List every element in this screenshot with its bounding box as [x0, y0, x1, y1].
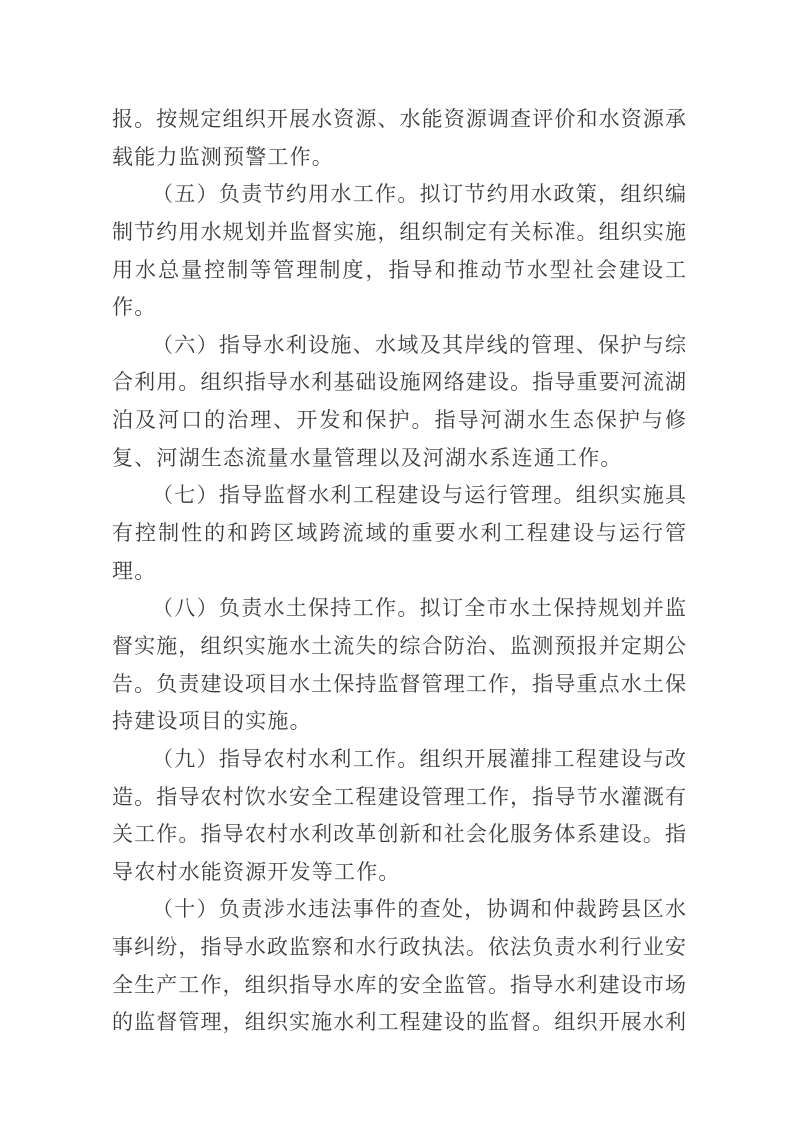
text-line: 复、河湖生态流量水量管理以及河湖水系连通工作。	[112, 440, 686, 478]
text-line: （五）负责节约用水工作。拟订节约用水政策，组织编	[112, 176, 686, 214]
document-page: 报。按规定组织开展水资源、水能资源调查评价和水资源承 载能力监测预警工作。 （五…	[0, 0, 793, 1122]
text-line: 用水总量控制等管理制度，指导和推动节水型社会建设工	[112, 252, 686, 290]
paragraph-10: （十）负责涉水违法事件的查处，协调和仲裁跨县区水 事纠纷，指导水政监察和水行政执…	[112, 891, 686, 1042]
paragraph-9: （九）指导农村水利工作。组织开展灌排工程建设与改 造。指导农村饮水安全工程建设管…	[112, 741, 686, 892]
text-line: （七）指导监督水利工程建设与运行管理。组织实施具	[112, 477, 686, 515]
text-line: （十）负责涉水违法事件的查处，协调和仲裁跨县区水	[112, 891, 686, 929]
text-line: （九）指导农村水利工作。组织开展灌排工程建设与改	[112, 741, 686, 779]
text-line: 合利用。组织指导水利基础设施网络建设。指导重要河流湖	[112, 364, 686, 402]
text-line: 告。负责建设项目水土保持监督管理工作，指导重点水土保	[112, 666, 686, 704]
text-line: 持建设项目的实施。	[112, 703, 686, 741]
text-line: 理。	[112, 553, 686, 591]
text-line: 督实施，组织实施水土流失的综合防治、监测预报并定期公	[112, 628, 686, 666]
text-line: 的监督管理，组织实施水利工程建设的监督。组织开展水利	[112, 1004, 686, 1042]
text-line: （六）指导水利设施、水域及其岸线的管理、保护与综	[112, 327, 686, 365]
paragraph-6: （六）指导水利设施、水域及其岸线的管理、保护与综 合利用。组织指导水利基础设施网…	[112, 327, 686, 478]
document-body: 报。按规定组织开展水资源、水能资源调查评价和水资源承 载能力监测预警工作。 （五…	[112, 101, 686, 1042]
text-line: 全生产工作，组织指导水库的安全监管。指导水利建设市场	[112, 967, 686, 1005]
text-line: 报。按规定组织开展水资源、水能资源调查评价和水资源承	[112, 101, 686, 139]
text-line: 制节约用水规划并监督实施，组织制定有关标准。组织实施	[112, 214, 686, 252]
text-line: 关工作。指导农村水利改革创新和社会化服务体系建设。指	[112, 816, 686, 854]
text-line: 事纠纷，指导水政监察和水行政执法。依法负责水利行业安	[112, 929, 686, 967]
paragraph-8: （八）负责水土保持工作。拟订全市水土保持规划并监 督实施，组织实施水土流失的综合…	[112, 590, 686, 741]
paragraph-5: （五）负责节约用水工作。拟订节约用水政策，组织编 制节约用水规划并监督实施，组织…	[112, 176, 686, 327]
text-line: （八）负责水土保持工作。拟订全市水土保持规划并监	[112, 590, 686, 628]
paragraph-continued: 报。按规定组织开展水资源、水能资源调查评价和水资源承 载能力监测预警工作。	[112, 101, 686, 176]
text-line: 有控制性的和跨区域跨流域的重要水利工程建设与运行管	[112, 515, 686, 553]
paragraph-7: （七）指导监督水利工程建设与运行管理。组织实施具 有控制性的和跨区域跨流域的重要…	[112, 477, 686, 590]
text-line: 作。	[112, 289, 686, 327]
text-line: 造。指导农村饮水安全工程建设管理工作，指导节水灌溉有	[112, 779, 686, 817]
text-line: 导农村水能资源开发等工作。	[112, 854, 686, 892]
text-line: 载能力监测预警工作。	[112, 139, 686, 177]
text-line: 泊及河口的治理、开发和保护。指导河湖水生态保护与修	[112, 402, 686, 440]
